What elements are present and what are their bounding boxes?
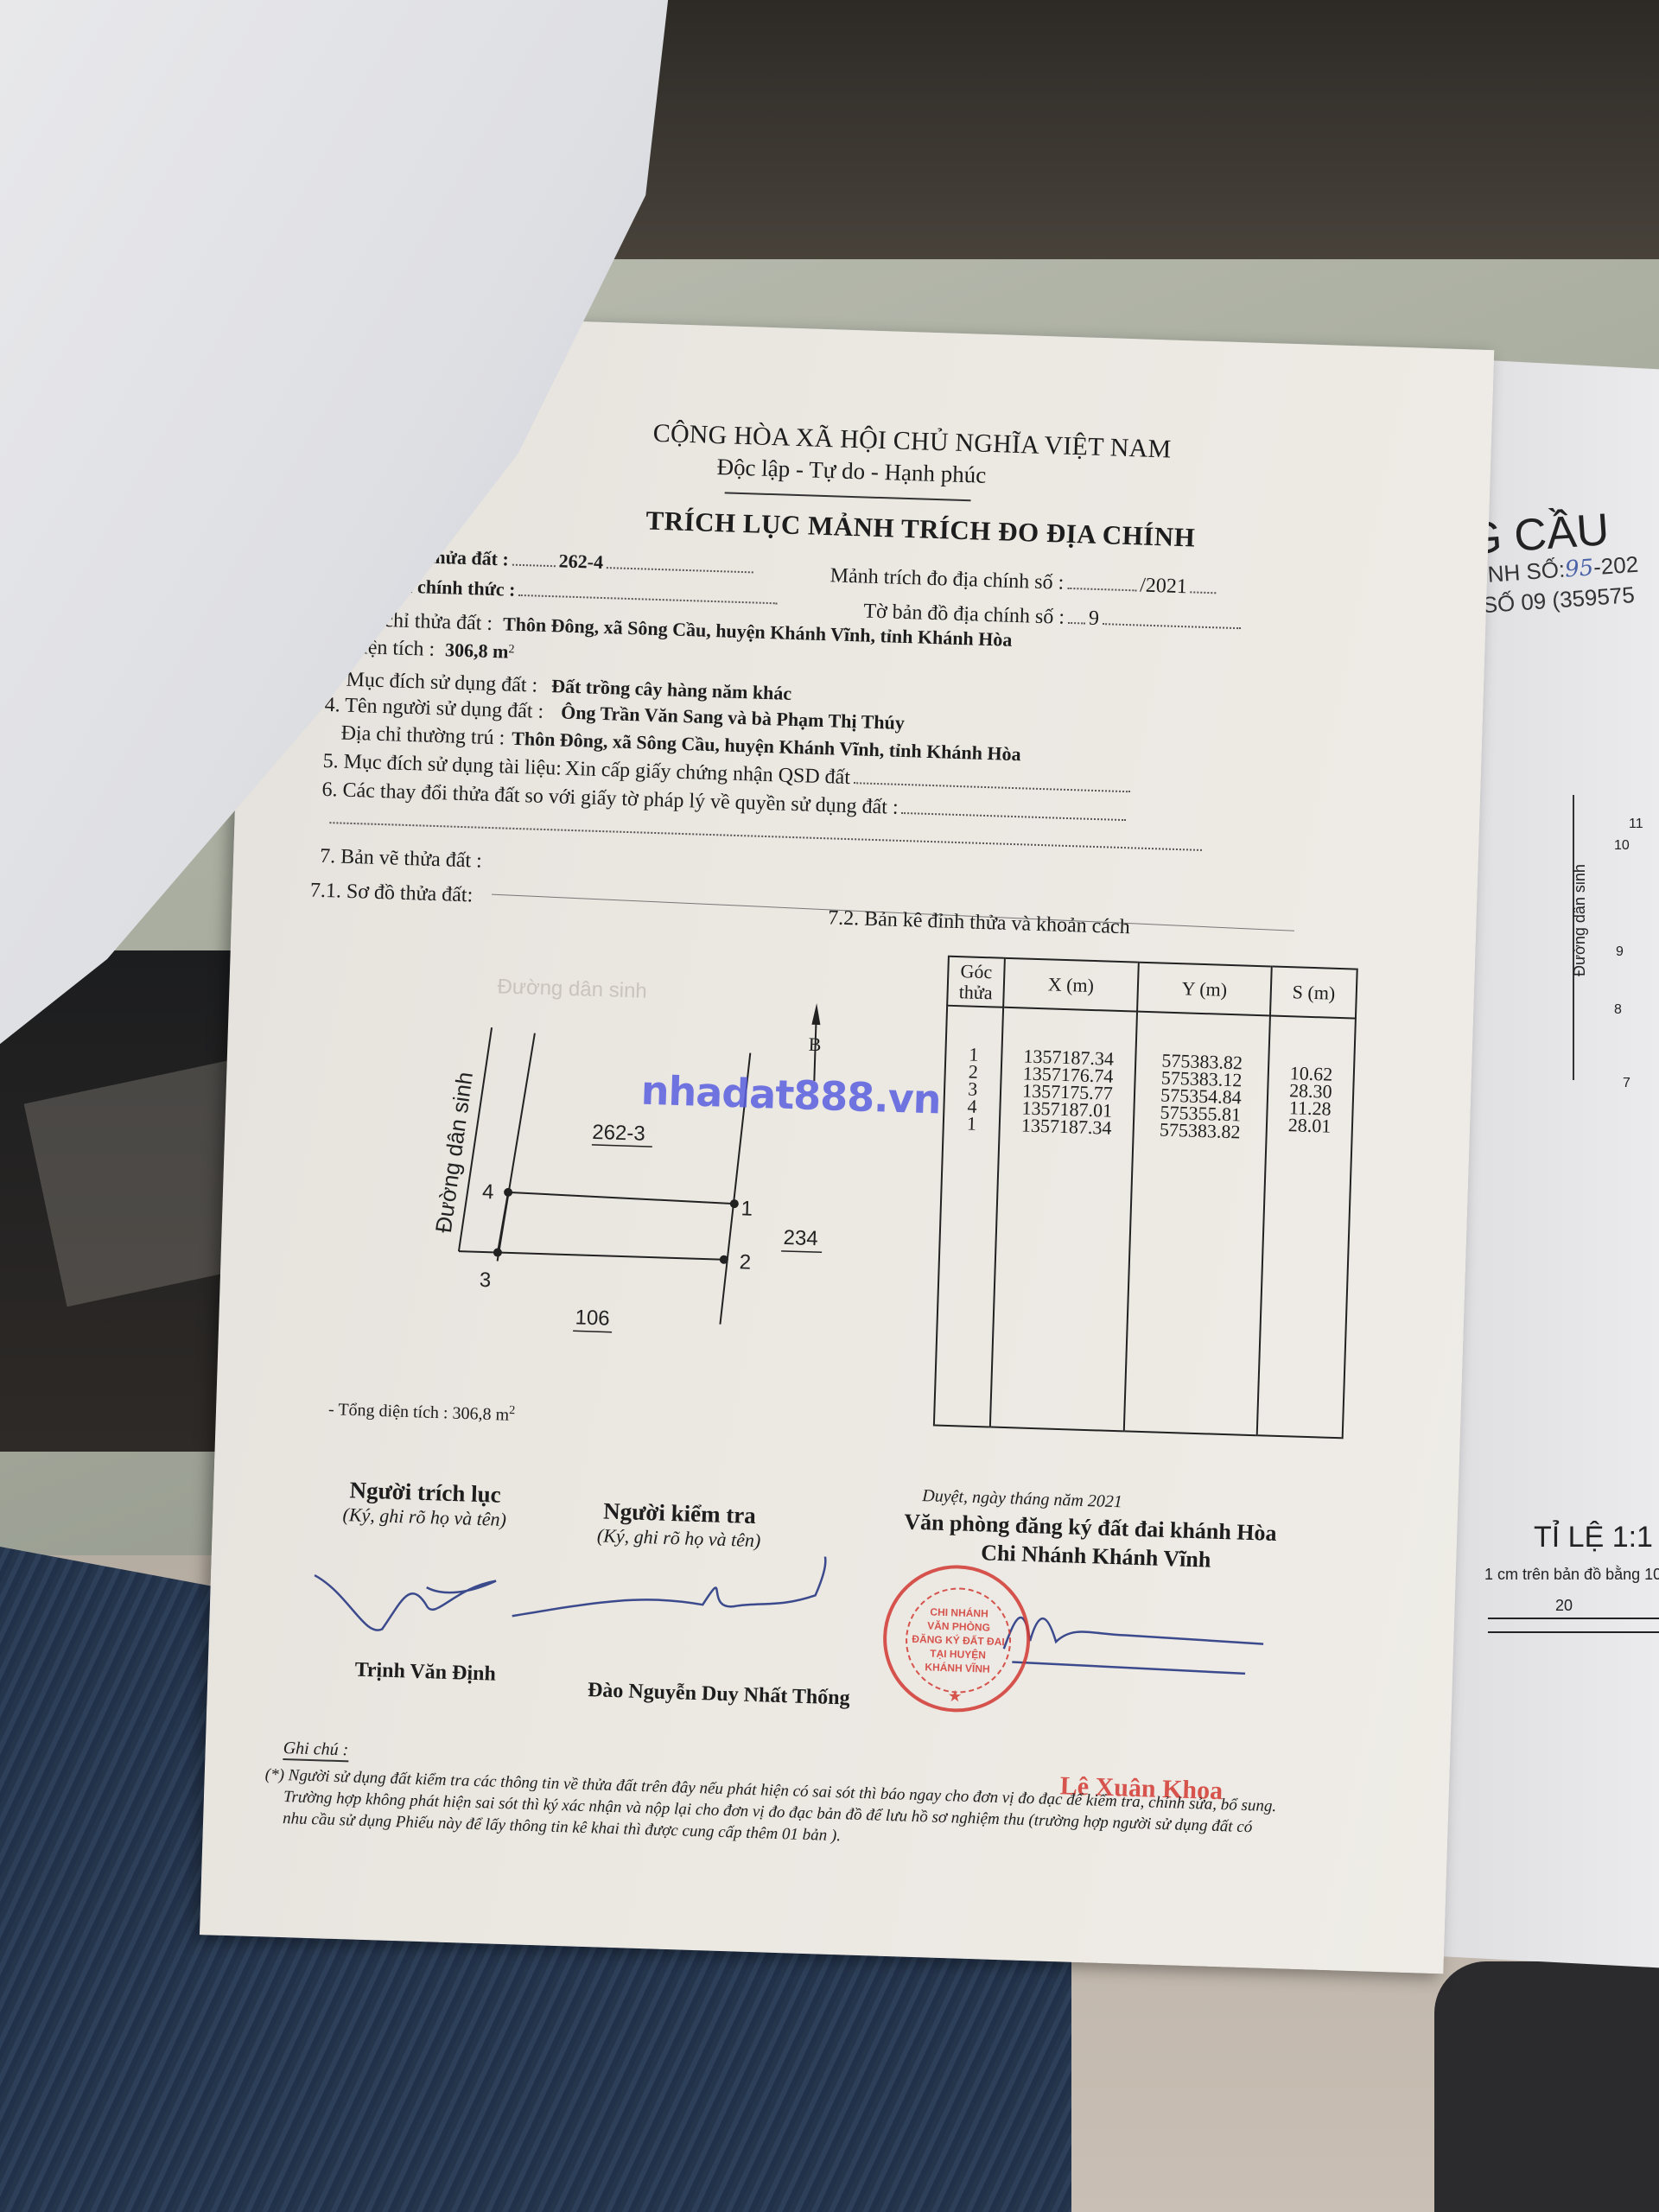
total-area-superscript: 2: [509, 1404, 515, 1417]
header-corner: Góc thửa: [947, 957, 1005, 1007]
bg-sheet-point: 10: [1614, 838, 1630, 854]
land-use-value: Đất trồng cây hàng năm khác: [551, 675, 792, 704]
survey-sheet-row: Mảnh trích đo địa chính số : /2021: [829, 564, 1217, 600]
watermark: nhadat888.vn: [640, 1067, 941, 1123]
bg-sheet-handwritten-number: 95: [1564, 555, 1594, 582]
dotted-leader: [512, 549, 556, 568]
survey-sheet-label: Mảnh trích đo địa chính số :: [829, 564, 1064, 594]
dotted-leader: [518, 579, 778, 604]
bg-sheet-scale-note: 1 cm trên bản đồ bằng 10: [1484, 1566, 1659, 1584]
stamp-star-icon: ★: [885, 1686, 1026, 1707]
stamp-line: KHÁNH VĨNH: [906, 1660, 1008, 1677]
total-area-label: - Tổng diện tích :: [328, 1400, 448, 1422]
extractor-name: Trịnh Văn Định: [354, 1659, 496, 1687]
vertex-label: 3: [479, 1268, 491, 1292]
stamp-inner-text: CHI NHÁNH VĂN PHÒNG ĐĂNG KÝ ĐẤT ĐAI TẠI …: [904, 1586, 1013, 1695]
x-cell: 1357187.34: [1001, 1116, 1133, 1138]
vertex-label: 1: [741, 1197, 753, 1220]
doc-purpose-value: Xin cấp giấy chứng nhận QSD đất: [564, 758, 850, 789]
note-title: Ghi chú :: [283, 1738, 348, 1762]
extractor-block: Người trích lục (Ký, ghi rõ họ và tên): [338, 1477, 512, 1531]
dotted-leader: [1067, 572, 1137, 592]
bg-sheet-line1-suffix: -202: [1592, 551, 1639, 581]
x-column: 1357187.341357176.741357175.771357187.01…: [990, 1007, 1137, 1432]
bg-sheet-scale-bar: [1488, 1618, 1659, 1633]
parcel-order-value: 262-4: [558, 550, 603, 573]
table-heading: 7.2. Bản kê đỉnh thửa và khoản cách: [828, 906, 1130, 939]
signature-director: [1003, 1617, 1264, 1674]
area-value: 306,8 m: [445, 639, 509, 662]
y-cell: 575383.82: [1134, 1121, 1266, 1142]
land-use-label: 3. Mục đích sử dụng đất :: [325, 668, 537, 697]
dotted-leader: [854, 766, 1130, 792]
motto-underline: [725, 492, 971, 501]
neighbor-east-label: 234: [783, 1226, 818, 1250]
bg-sheet-point: 8: [1614, 1002, 1622, 1018]
area-unit-superscript: 2: [508, 643, 514, 656]
neighbor-south-label: 106: [575, 1306, 610, 1330]
bg-sheet-scale-title: TỈ LỆ 1:1: [1534, 1521, 1653, 1554]
signature-checker: [512, 1540, 826, 1625]
distance-cell: 28.01: [1268, 1116, 1351, 1135]
residence-label: Địa chỉ thường trú :: [340, 722, 505, 750]
distance-column: 10.6228.3011.2828.01: [1257, 1015, 1356, 1438]
national-motto: Độc lập - Tự do - Hạnh phúc: [716, 454, 987, 489]
owner-label: 4. Tên người sử dụng đất :: [324, 694, 543, 723]
doc-purpose-label: 5. Mục đích sử dụng tài liệu:: [322, 750, 562, 780]
signature-extractor: [313, 1575, 496, 1634]
checker-subtitle: (Ký, ghi rõ họ và tên): [583, 1524, 774, 1553]
corner-cell: 1: [944, 1115, 1000, 1134]
vertex-label: 2: [739, 1250, 751, 1274]
y-column: 575383.82575383.12575354.84575355.815753…: [1123, 1012, 1270, 1436]
header-s: S (m): [1270, 967, 1357, 1019]
office-name-line1: Văn phòng đăng ký đất đai khánh Hòa: [904, 1509, 1277, 1547]
road-label: Đường dân sinh: [430, 1071, 478, 1235]
section7-heading: 7. Bản vẽ thửa đất :: [320, 845, 482, 874]
document-title: TRÍCH LỤC MẢNH TRÍCH ĐO ĐỊA CHÍNH: [645, 505, 1196, 554]
checker-block: Người kiểm tra (Ký, ghi rõ họ và tên): [583, 1497, 775, 1553]
sandal: [1434, 1961, 1659, 2212]
bg-sheet-point: 7: [1623, 1076, 1630, 1091]
bg-sheet-scale-tick: 20: [1555, 1597, 1573, 1615]
total-area-row: - Tổng diện tích : 306,8 m2: [328, 1398, 516, 1425]
total-area-value: 306,8 m: [452, 1404, 509, 1425]
vertex-label: 4: [482, 1180, 494, 1204]
bg-sheet-point: 11: [1629, 817, 1643, 832]
parcel-sketch-drawing: Đường dân sinh B 1 2 3 4 262-3: [383, 973, 843, 1358]
extractor-subtitle: (Ký, ghi rõ họ và tên): [338, 1503, 512, 1531]
sketch-heading: 7.1. Sơ đồ thửa đất:: [310, 880, 474, 908]
dotted-leader: [607, 551, 754, 573]
approval-date: Duyệt, ngày tháng năm 2021: [922, 1486, 1122, 1512]
owner-value: Ông Trần Văn Sang và bà Phạm Thị Thúy: [561, 702, 905, 734]
survey-sheet-value: /2021: [1140, 574, 1187, 598]
parcel-sketch: Đường dân sinh B 1 2 3 4 262-3: [383, 973, 843, 1358]
header-y: Y (m): [1137, 963, 1272, 1016]
header-x: X (m): [1003, 958, 1138, 1012]
vertex-coordinate-table: Góc thửa X (m) Y (m) S (m) 12341 1357187…: [933, 956, 1358, 1440]
ghost-road-label: Đường dân sinh: [497, 975, 647, 1002]
dotted-leader: [901, 797, 1127, 821]
bg-sheet-point: 9: [1616, 944, 1624, 960]
dotted-leader: [1103, 607, 1242, 629]
north-label: B: [808, 1033, 821, 1055]
map-sheet-value: 9: [1089, 607, 1100, 630]
bg-sheet-road-label: Đường dân sinh: [1571, 864, 1589, 976]
dotted-leader: [1068, 607, 1086, 625]
dotted-leader: [1191, 575, 1217, 594]
neighbor-north-label: 262-3: [592, 1121, 645, 1146]
